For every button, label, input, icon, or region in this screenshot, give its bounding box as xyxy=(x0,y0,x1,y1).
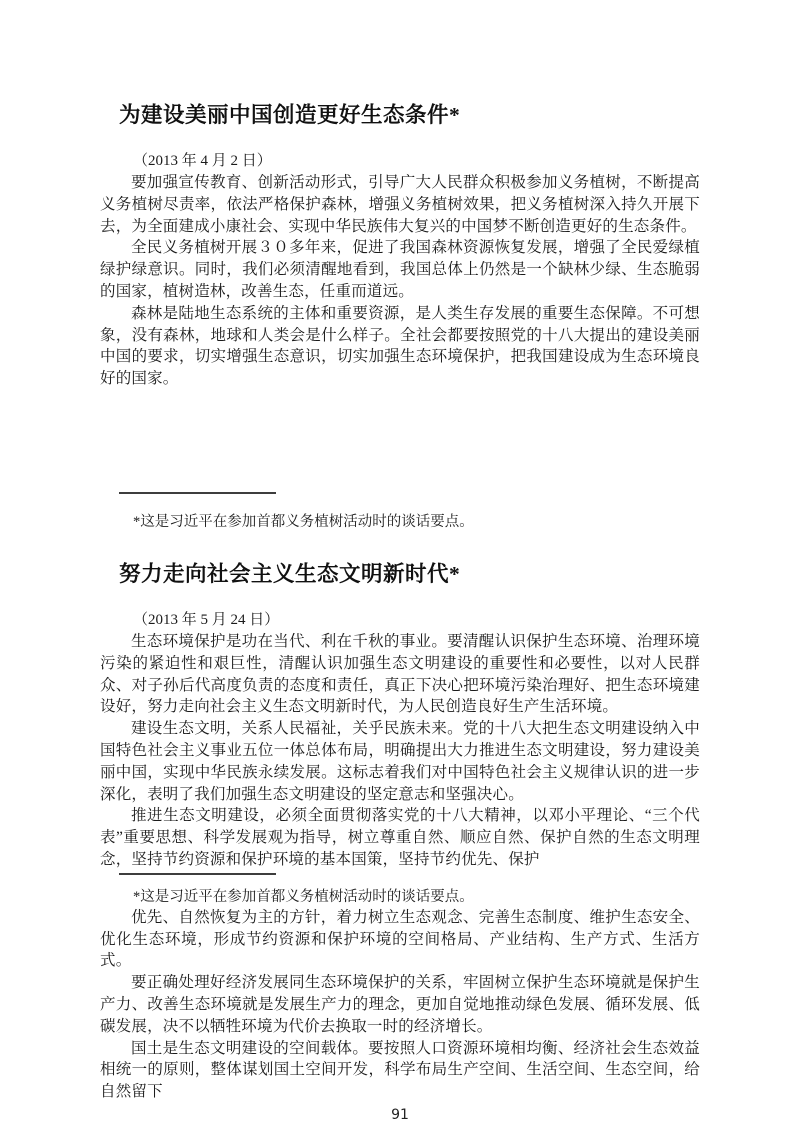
article-2-paragraph-5: 要正确处理好经济发展同生态环境保护的关系，牢固树立保护生态环境就是保护生产力、改… xyxy=(100,972,700,1037)
article-2-date: （2013 年 5 月 24 日） xyxy=(100,609,700,631)
article-2-title: 努力走向社会主义生态文明新时代* xyxy=(100,532,700,589)
article-1-paragraph-3: 森林是陆地生态系统的主体和重要资源，是人类生存发展的重要生态保障。不可想象，没有… xyxy=(100,303,700,390)
page-number: 91 xyxy=(100,1107,700,1123)
article-2-paragraph-6: 国土是生态文明建设的空间载体。要按照人口资源环境相均衡、经济社会生态效益相统一的… xyxy=(100,1038,700,1103)
article-1-date: （2013 年 4 月 2 日） xyxy=(100,150,700,172)
article-1-footnote: *这是习近平在参加首都义务植树活动时的谈话要点。 xyxy=(100,512,700,532)
article-2-paragraph-4-continuation: 优先、自然恢复为主的方针，着力树立生态观念、完善生态制度、维护生态安全、优化生态… xyxy=(100,907,700,972)
document-page: 为建设美丽中国创造更好生态条件* （2013 年 4 月 2 日） 要加强宣传教… xyxy=(0,0,800,1131)
footnote-separator-1 xyxy=(119,492,276,494)
article-1-title: 为建设美丽中国创造更好生态条件* xyxy=(100,0,700,130)
article-1: 为建设美丽中国创造更好生态条件* （2013 年 4 月 2 日） 要加强宣传教… xyxy=(100,0,700,532)
article-2-paragraph-3: 推进生态文明建设，必须全面贯彻落实党的十八大精神，以邓小平理论、“三个代表”重要… xyxy=(100,805,700,870)
article-2: 努力走向社会主义生态文明新时代* （2013 年 5 月 24 日） 生态环境保… xyxy=(100,532,700,1103)
article-2-paragraph-1: 生态环境保护是功在当代、利在千秋的事业。要清醒认识保护生态环境、治理环境污染的紧… xyxy=(100,631,700,718)
article-2-paragraph-2: 建设生态文明，关系人民福祉，关乎民族未来。党的十八大把生态文明建设纳入中国特色社… xyxy=(100,718,700,805)
article-2-footnote: *这是习近平在参加首都义务植树活动时的谈话要点。 xyxy=(100,887,700,907)
article-1-paragraph-1: 要加强宣传教育、创新活动形式，引导广大人民群众积极参加义务植树，不断提高义务植树… xyxy=(100,172,700,237)
footnote-separator-2 xyxy=(119,873,276,875)
article-1-paragraph-2: 全民义务植树开展３０多年来，促进了我国森林资源恢复发展，增强了全民爱绿植绿护绿意… xyxy=(100,237,700,302)
